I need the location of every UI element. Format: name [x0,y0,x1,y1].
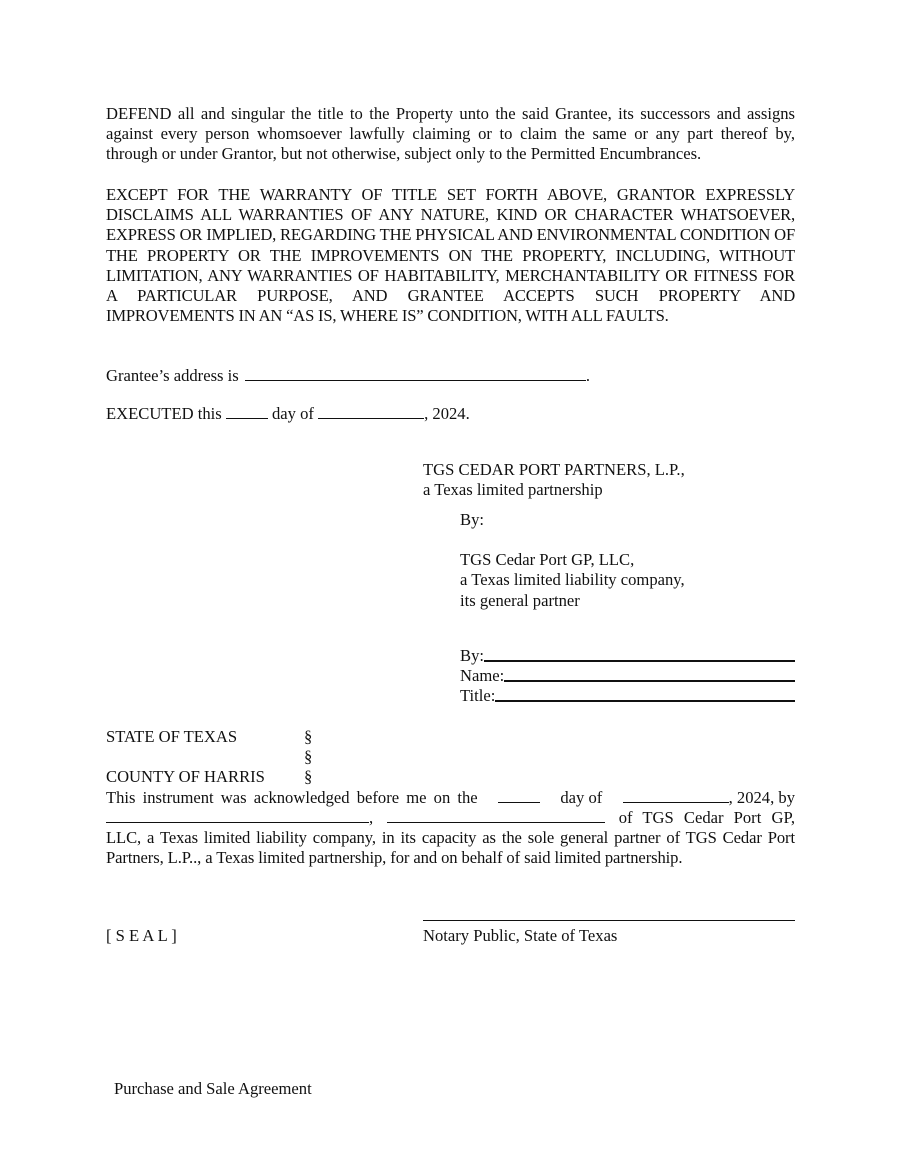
acknowledgment-line-1: This instrument was acknowledged before … [106,788,795,808]
acknowledgment-line-2: , of TGS Cedar Port GP, [106,808,795,828]
signature-title-field[interactable] [495,686,795,702]
ack-month-field[interactable] [623,788,729,803]
state-label: STATE OF TEXAS [106,727,237,747]
executed-prefix: EXECUTED this [106,404,222,423]
gp-name: TGS Cedar Port GP, LLC, [460,550,634,570]
county-label: COUNTY OF HARRIS [106,767,265,787]
notary-label: Notary Public, State of Texas [423,926,617,946]
defend-paragraph: DEFEND all and singular the title to the… [106,104,795,165]
gp-role: its general partner [460,591,580,611]
executed-suffix: , 2024. [424,404,470,423]
executed-month-field[interactable] [318,404,424,419]
ack-day-of: day of [560,788,602,808]
grantee-address-end: . [586,366,590,385]
signature-title-label: Title: [460,686,495,706]
ack-line2-suffix: of TGS Cedar Port GP, [619,808,795,828]
section-symbol: § [304,747,312,767]
signature-title-row: Title: [460,686,795,706]
grantee-address-line: Grantee’s address is . [106,366,590,386]
signature-by-label: By: [460,646,484,666]
signature-name-field[interactable] [504,666,795,682]
entity-name: TGS CEDAR PORT PARTNERS, L.P., [423,460,685,480]
gp-type: a Texas limited liability company, [460,570,685,590]
section-symbol: § [304,767,312,787]
entity-type: a Texas limited partnership [423,480,603,500]
ack-comma: , [369,808,373,827]
grantee-address-field[interactable] [245,366,586,381]
section-symbol: § [304,727,312,747]
signature-by-field[interactable] [484,646,795,662]
ack-signer-title-field[interactable] [387,808,605,823]
executed-middle: day of [272,404,314,423]
executed-line: EXECUTED this day of , 2024. [106,404,470,424]
by-label: By: [460,510,484,530]
ack-signer-name-field[interactable] [106,808,369,823]
notary-signature-line[interactable] [423,920,795,921]
disclaimer-paragraph: EXCEPT FOR THE WARRANTY OF TITLE SET FOR… [106,185,795,326]
ack-day-field[interactable] [498,788,540,803]
ack-year-suffix: , 2024, by [729,788,795,807]
seal-label: [ S E A L ] [106,926,177,946]
grantee-address-label: Grantee’s address is [106,366,239,385]
signature-name-label: Name: [460,666,504,686]
footer-text: Purchase and Sale Agreement [114,1079,312,1099]
ack-prefix: This instrument was acknowledged before … [106,788,478,808]
signature-name-row: Name: [460,666,795,686]
executed-day-field[interactable] [226,404,268,419]
acknowledgment-line-3: LLC, a Texas limited liability company, … [106,828,795,868]
signature-by-row: By: [460,646,795,666]
